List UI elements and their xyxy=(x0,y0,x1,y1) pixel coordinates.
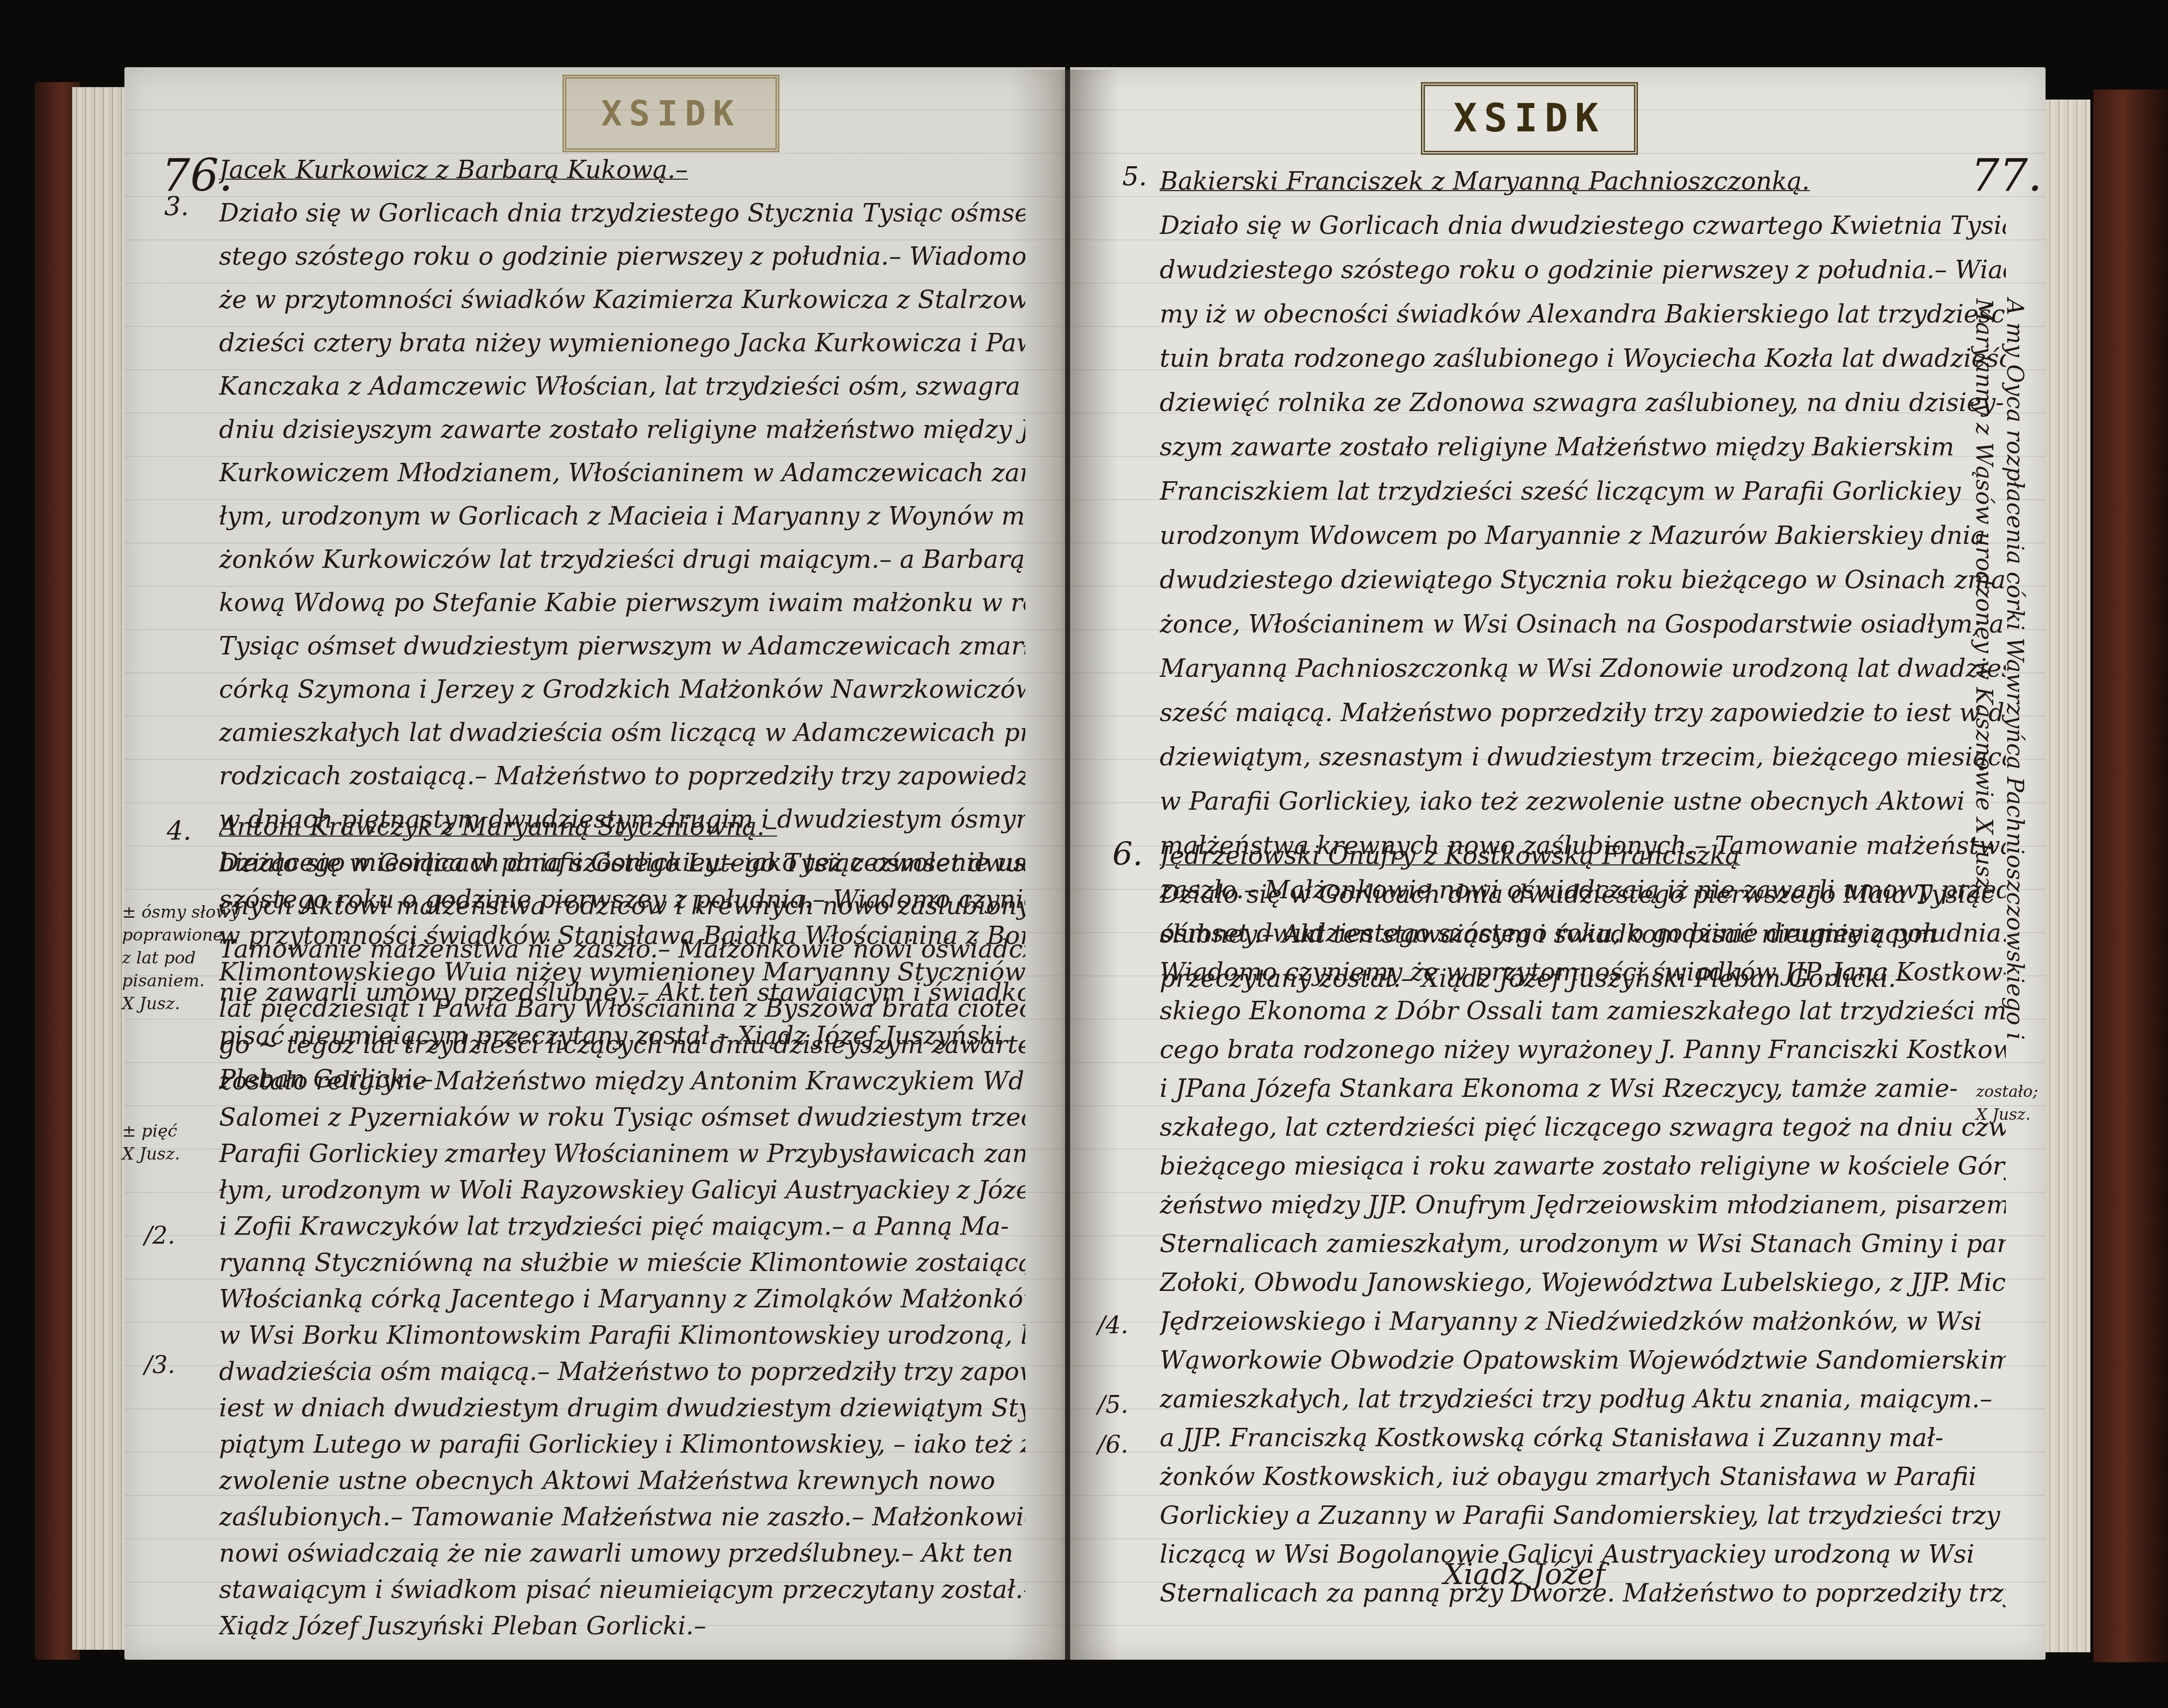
entry-line: dniu dzisieyszym zawarte zostało religiy… xyxy=(219,408,1025,451)
entry-line: Zołoki, Obwodu Janowskiego, Województwa … xyxy=(1160,1263,2006,1302)
entry-line: kową Wdową po Stefanie Kabie pierwszym i… xyxy=(219,581,1025,625)
entry-line: szkałego, lat czterdzieści pięć licząceg… xyxy=(1160,1108,2006,1147)
entry-line: piątym Lutego w parafii Gorlickiey i Kli… xyxy=(219,1426,1025,1463)
entry-line: Jędrzeiowskiego i Maryanny z Niedźwiedzk… xyxy=(1160,1302,2006,1341)
entry-line: łym, urodzonym w Gorlicach z Macieia i M… xyxy=(219,495,1025,538)
entry-line: Gorlickiey a Zuzanny w Parafii Sandomier… xyxy=(1160,1496,2006,1535)
entry-line: go ~ tegoż lat trzydzieści liczących na … xyxy=(219,1027,1025,1063)
archive-stamp-right: XSIDK xyxy=(1421,82,1638,155)
priest-signature: Xiądz Józef xyxy=(1443,1553,1605,1596)
entry-line: dzieści cztery brata niżey wymienionego … xyxy=(219,321,1025,365)
entry-line: Parafii Gorlickiey zmarłey Włościaninem … xyxy=(219,1136,1025,1172)
entry-line: i Zofii Krawczyków lat trzydzieści pięć … xyxy=(219,1208,1025,1245)
entry-6: Jędrzeiowski Onufry z Kostkowską Francis… xyxy=(1160,836,2006,1612)
entry-line: nowi oświadczaią że nie zawarli umowy pr… xyxy=(219,1535,1025,1572)
entry-line: Wiadomo czyniemy że w przytomności świad… xyxy=(1160,953,2006,991)
entry-title: Jacek Kurkowicz z Barbarą Kukową.– xyxy=(219,148,1025,192)
entry-line: szóstego roku o godzinie pierwszey z poł… xyxy=(219,881,1025,918)
entry-line: żonków Kurkowiczów lat trzydzieści drugi… xyxy=(219,538,1025,581)
entry-line: Wąworkowie Obwodzie Opatowskim Województ… xyxy=(1160,1341,2006,1380)
entry-4: Antoni Krawczyk z Maryanną Styczniówną.–… xyxy=(219,809,1025,1644)
margin-note-correction: ± pięć X Jusz. xyxy=(122,1120,180,1166)
entry-line: lat pięćdziesiąt i Pawła Bary Włościanin… xyxy=(219,990,1025,1027)
entry-line: Włościanką córką Jacentego i Maryanny z … xyxy=(219,1281,1025,1317)
entry-line: Franciszkiem lat trzydzieści sześć liczą… xyxy=(1160,469,2006,514)
entry-line: ryanną Styczniówną na służbie w mieście … xyxy=(219,1245,1025,1281)
entry-line: my iż w obecności świadków Alexandra Bak… xyxy=(1160,292,2006,336)
margin-note-number: /6. xyxy=(1097,1433,1128,1456)
entry-line: Działo się w Gorlicach dnia trzydziesteg… xyxy=(219,192,1025,235)
entry-number: 6. xyxy=(1112,836,1143,873)
entry-number: 5. xyxy=(1122,162,1147,192)
entry-line: dwudziestego dziewiątego Stycznia roku b… xyxy=(1160,558,2006,602)
entry-line: zaślubionych.– Tamowanie Małżeństwa nie … xyxy=(219,1499,1025,1535)
entry-line: żeństwo między JJP. Onufrym Jędrzeiowski… xyxy=(1160,1185,2006,1224)
entry-line: Działo się w Gorlicach dnia szóstego Lut… xyxy=(219,845,1025,881)
vertical-margin-annotation: A my Oyca rozpłacenia córki Wawrzyńca Pa… xyxy=(1969,299,2031,1045)
margin-note-correction: ± ósmy słowy poprawione z lat pod pisani… xyxy=(122,901,240,1015)
entry-line: Salomei z Pyzerniaków w roku Tysiąc ośms… xyxy=(219,1099,1025,1136)
entry-line: w Parafii Gorlickiey, iako też zezwoleni… xyxy=(1160,779,2006,824)
entry-line: urodzonym Wdowcem po Maryannie z Mazurów… xyxy=(1160,514,2006,558)
entry-line: Działo się w Gorlicach dnia dwudziestego… xyxy=(1160,204,2006,248)
entry-line: ośmset dwudziestego szóstego roku, o god… xyxy=(1160,914,2006,953)
entry-line: zamieszkałych, lat trzydzieści trzy podł… xyxy=(1160,1380,2006,1418)
margin-note-number: /4. xyxy=(1097,1314,1128,1337)
entry-line: stawaiącym i świadkom pisać nieumieiącym… xyxy=(219,1572,1025,1608)
entry-line: dziewiątym, szesnastym i dwudziestym trz… xyxy=(1160,735,2006,779)
entry-line: dziewięć rolnika ze Zdonowa szwagra zaśl… xyxy=(1160,381,2006,425)
entry-line: i JPana Józefa Stankara Ekonoma z Wsi Rz… xyxy=(1160,1069,2006,1108)
entry-line: Działo się w Gorlicach dnia dwudziestego… xyxy=(1160,875,2006,914)
entry-line: Maryanną Pachnioszczonką w Wsi Zdonowie … xyxy=(1160,646,2006,691)
entry-title: Bakierski Franciszek z Maryanną Pachnios… xyxy=(1160,159,2006,204)
entry-line: Sternalicach zamieszkałym, urodzonym w W… xyxy=(1160,1224,2006,1263)
margin-note-number: /2. xyxy=(144,1224,175,1247)
entry-line: zwolenie ustne obecnych Aktowi Małżeństw… xyxy=(219,1463,1025,1499)
book-cover-right xyxy=(2093,90,2168,1662)
page-edges-right xyxy=(2046,100,2090,1652)
entry-line: rodzicach zostaiącą.– Małżeństwo to popr… xyxy=(219,754,1025,798)
entry-line: Tysiąc ośmset dwudziestym pierwszym w Ad… xyxy=(219,625,1025,668)
entry-line: zostało religiyne Małżeństwo między Anto… xyxy=(219,1063,1025,1099)
margin-note-correction: zostało; X Jusz. xyxy=(1976,1080,2036,1126)
entry-line: szym zawarte zostało religiyne Małżeństw… xyxy=(1160,425,2006,469)
entry-line: iest w dniach dwudziestym drugim dwudzie… xyxy=(219,1390,1025,1426)
entry-line: Xiądz Józef Juszyński Pleban Gorlicki.– xyxy=(219,1608,1025,1644)
archive-stamp-left: XSIDK xyxy=(562,75,779,152)
entry-line: cego brata rodzonego niżey wyrażoney J. … xyxy=(1160,1030,2006,1069)
entry-line: dwadzieścia ośm maiącą.– Małżeństwo to p… xyxy=(219,1354,1025,1390)
entry-line: łym, urodzonym w Woli Rayzowskiey Galicy… xyxy=(219,1172,1025,1208)
entry-line: a JJP. Franciszką Kostkowską córką Stani… xyxy=(1160,1418,2006,1457)
entry-line: zamieszkałych lat dwadzieścia ośm licząc… xyxy=(219,711,1025,754)
entry-line: w Wsi Borku Klimontowskim Parafii Klimon… xyxy=(219,1317,1025,1354)
entry-number: 4. xyxy=(167,816,192,846)
entry-line: Kanczaka z Adamczewic Włościan, lat trzy… xyxy=(219,365,1025,408)
entry-line: w przytomności świadków Stanisława Baiał… xyxy=(219,918,1025,954)
entry-line: tuin brata rodzonego zaślubionego i Woyc… xyxy=(1160,336,2006,381)
page-edges-left xyxy=(72,87,127,1650)
entry-line: skiego Ekonoma z Dóbr Ossali tam zamiesz… xyxy=(1160,991,2006,1030)
entry-line: Kurkowiczem Młodzianem, Włościaninem w A… xyxy=(219,451,1025,495)
entry-line: stego szóstego roku o godzinie pierwszey… xyxy=(219,235,1025,278)
entry-line: żonków Kostkowskich, iuż obaygu zmarłych… xyxy=(1160,1457,2006,1496)
margin-note-number: /3. xyxy=(144,1354,175,1377)
entry-line: sześć maiącą. Małżeństwo poprzedziły trz… xyxy=(1160,691,2006,735)
book-gutter xyxy=(1010,70,1120,1660)
entry-line: Klimontowskiego Wuia niżey wymienioney M… xyxy=(219,954,1025,990)
entry-line: żonce, Włościaninem w Wsi Osinach na Gos… xyxy=(1160,602,2006,646)
entry-line: bieżącego miesiąca i roku zawarte został… xyxy=(1160,1147,2006,1185)
entry-number: 3. xyxy=(164,192,189,221)
entry-line: że w przytomności świadków Kazimierza Ku… xyxy=(219,278,1025,321)
entry-line: córką Szymona i Jerzey z Grodzkich Małżo… xyxy=(219,668,1025,711)
entry-title: Jędrzeiowski Onufry z Kostkowską Francis… xyxy=(1160,836,2006,875)
margin-note-number: /5. xyxy=(1097,1393,1128,1416)
entry-title: Antoni Krawczyk z Maryanną Styczniówną.– xyxy=(219,809,1025,845)
entry-line: dwudziestego szóstego roku o godzinie pi… xyxy=(1160,248,2006,292)
